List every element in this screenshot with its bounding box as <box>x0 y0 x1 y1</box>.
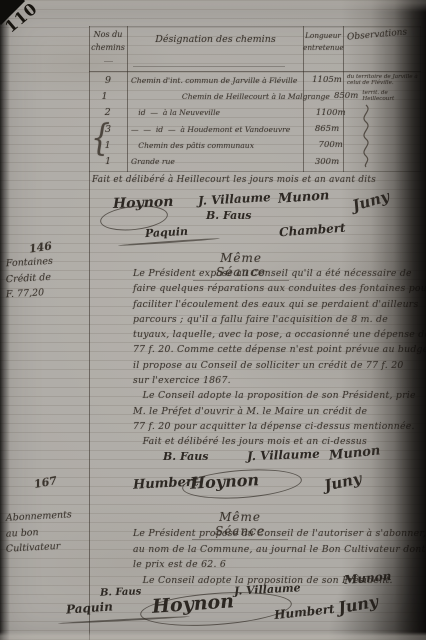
fontaines-paragraph: Le Président expose au Conseil qu'il a é… <box>133 268 426 452</box>
paragraph-line: Le Président propose au Conseil de l'aut… <box>133 528 426 544</box>
road-designation-cell: Chemin de Heillecourt à la Malgrange <box>120 92 330 101</box>
signature-faus-2: B. Faus <box>163 450 208 463</box>
margin-note-cultivateur: Abonnementsau bonCultivateur <box>6 511 72 558</box>
signature-juny-3: Juny <box>337 592 380 618</box>
paragraph-line: Le Président expose au Conseil qu'il a é… <box>133 268 426 283</box>
road-length-cell: 300m <box>307 157 347 167</box>
signature-hoynon: Hoynon <box>113 194 174 212</box>
road-observation-cell: du territoire de Jarville à celui de Flé… <box>347 74 419 87</box>
road-designation-cell: Grande rue <box>127 157 307 166</box>
signature-faus: B. Faus <box>206 209 251 222</box>
signature-juny-2: Juny <box>323 469 364 494</box>
signature-villaume-3: J. Villaume <box>234 581 301 597</box>
signature-chambert: Chambert <box>279 221 346 240</box>
signature-paquin: Paquin <box>145 225 189 240</box>
header-dash-mark <box>104 61 113 62</box>
col-header-observations: Observations <box>347 27 408 42</box>
table-row: 9 Chemin d'int. commun de Jarville à Flé… <box>89 72 421 88</box>
road-designation-cell: Chemin des pâtis communaux <box>126 141 311 150</box>
table-bottom-border <box>89 171 421 172</box>
road-length-cell: 700m <box>311 140 350 150</box>
paragraph-line: sur l'exercice 1867. <box>133 375 426 390</box>
road-length-cell: 850m <box>330 91 363 101</box>
paragraph-line: il propose au Conseil de solliciter un c… <box>133 360 426 375</box>
col-header-length-line2: entretenue <box>303 43 343 52</box>
designation-underline <box>133 66 285 67</box>
signature-faus-3: B. Faus <box>100 586 142 598</box>
col-header-number-line2: chemins <box>89 43 127 52</box>
paragraph-line: faire quelques réparations aux conduites… <box>133 283 426 298</box>
paragraph-line: 77 f. 20 pour acquitter la dépense ci-de… <box>133 421 426 436</box>
paragraph-line: M. le Préfet d'ouvrir à M. le Maire un c… <box>133 406 426 421</box>
col-header-length-line1: Longueur <box>303 31 343 40</box>
closing-formula-line: Fait et délibéré à Heillecourt les jours… <box>92 175 376 185</box>
row-group-brace-mark: { <box>91 118 110 160</box>
paragraph-line: au nom de la Commune, au journal le Bon … <box>133 544 426 560</box>
road-length-cell: 865m <box>307 124 347 134</box>
scanned-register-page: 110 Nos du chemins Désignation des chemi… <box>0 0 426 640</box>
road-observation-cell: territ. de Heillecourt <box>362 90 421 103</box>
road-number-cell: 1 <box>89 91 120 102</box>
road-designation-cell: — — id — à Houdemont et Vandoeuvre <box>127 125 307 134</box>
margin-note-line: Cultivateur <box>6 540 73 559</box>
margin-number-167: 167 <box>33 474 58 491</box>
ditto-squiggle-mark <box>358 103 374 169</box>
margin-note-fontaines: FontainesCrédit deF. 77,20 <box>6 257 53 304</box>
margin-note-line: Fontaines <box>6 256 54 274</box>
signature-paquin-3: Paquin <box>66 599 114 616</box>
signature-juny: Juny <box>350 187 391 215</box>
col-header-number-line1: Nos du <box>89 30 127 39</box>
paragraph-line: faciliter l'écoulement des eaux qui se p… <box>133 299 426 314</box>
margin-note-line: F. 77,20 <box>6 287 54 305</box>
road-length-cell: 1100m <box>311 108 350 118</box>
paragraph-line: tuyaux, laquelle, avec la pose, a occasi… <box>133 329 426 344</box>
paragraph-line: parcours ; qu'il a fallu faire l'acquisi… <box>133 314 426 329</box>
paragraph-line: Le Conseil adopte la proposition de son … <box>133 390 426 405</box>
table-top-border <box>89 26 421 27</box>
road-number-cell: 9 <box>89 75 127 86</box>
col-header-designation: Désignation des chemins <box>128 34 303 45</box>
signature-villaume: J. Villaume <box>198 190 271 208</box>
paragraph-line: 77 f. 20. Comme cette dépense n'est poin… <box>133 344 426 359</box>
signature-villaume-2: J. Villaume <box>247 447 320 464</box>
road-designation-cell: Chemin d'int. commun de Jarville à Flévi… <box>127 76 307 85</box>
road-length-cell: 1105m <box>307 75 347 85</box>
margin-number-146: 146 <box>28 239 53 255</box>
signature-hoynon-2: Hoynon <box>190 470 260 493</box>
road-designation-cell: id — à la Neuveville <box>126 108 311 117</box>
signature-munon: Munon <box>278 188 330 207</box>
